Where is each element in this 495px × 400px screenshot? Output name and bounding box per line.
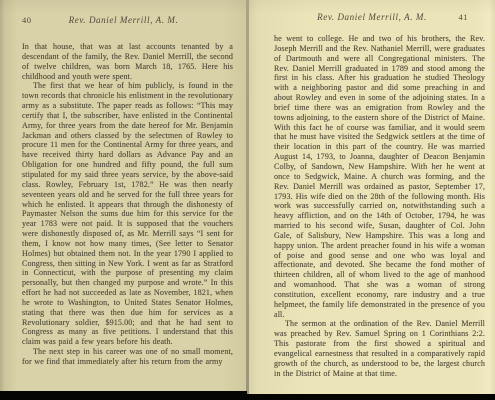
scan-bottom-edge-right (247, 394, 495, 400)
book-spread-scan: 40 Rev. Daniel Merrill, A. M. In that ho… (0, 0, 495, 400)
paragraph: The sermon at the ordination of the Rev.… (274, 319, 485, 378)
paragraph: The first that we hear of him publicly, … (22, 81, 233, 347)
left-page: 40 Rev. Daniel Merrill, A. M. In that ho… (0, 0, 247, 391)
right-page-number: 41 (459, 12, 469, 22)
paragraph: The next step in his career was one of n… (22, 347, 233, 367)
right-page-body: he went to college. He and two of his br… (274, 34, 485, 379)
paragraph: he went to college. He and two of his br… (274, 34, 485, 319)
right-page: Rev. Daniel Merrill, A. M. 41 he went to… (249, 0, 495, 394)
left-page-body: In that house, that was at last accounts… (22, 42, 233, 367)
paragraph: In that house, that was at last accounts… (22, 42, 233, 81)
left-running-header: Rev. Daniel Merrill, A. M. (0, 15, 247, 25)
scan-bottom-edge-left (0, 391, 247, 400)
